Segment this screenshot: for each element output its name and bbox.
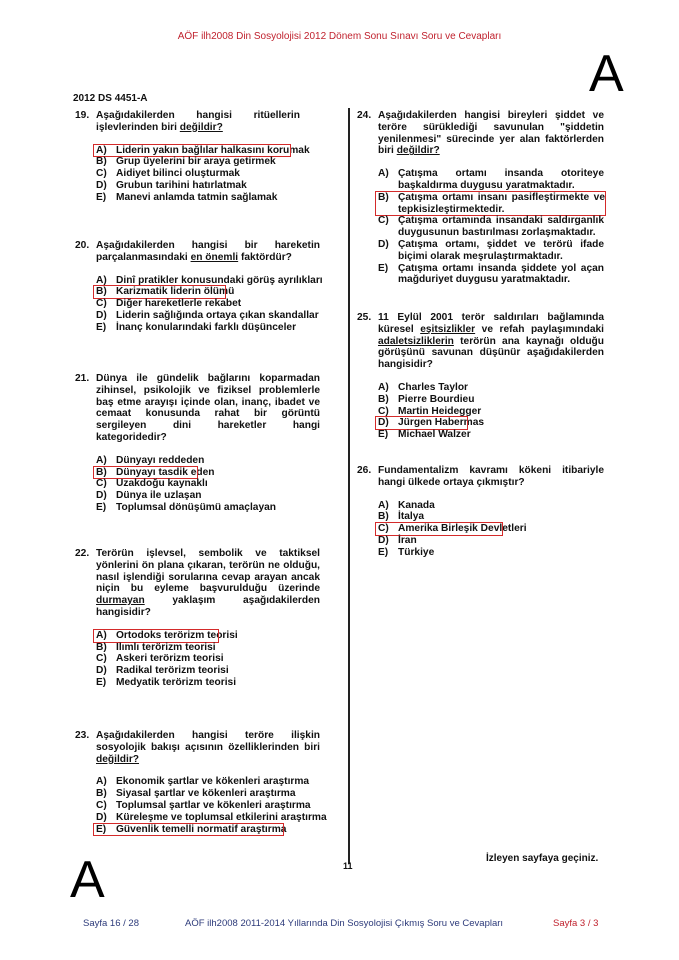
option-text: Dünyayı reddeden <box>116 455 204 466</box>
option[interactable]: D)Küreleşme ve toplumsal etkilerini araş… <box>96 812 320 824</box>
option-letter: B) <box>96 642 116 654</box>
question-stem: Aşağıdakilerden hangisi bireyleri şiddet… <box>378 110 604 157</box>
footer-center-title: AÖF ilh2008 2011-2014 Yıllarında Din Sos… <box>185 918 503 929</box>
option[interactable]: C)Toplumsal şartlar ve kökenleri araştır… <box>96 800 320 812</box>
option-letter: A) <box>96 275 116 287</box>
question-25: 25.11 Eylül 2001 terör saldırıları bağla… <box>357 312 604 441</box>
emphasized-text: durmayan <box>96 595 145 606</box>
option-letter: B) <box>378 511 398 523</box>
option-letter: D) <box>378 535 398 547</box>
question-24: 24.Aşağıdakilerden hangisi bireyleri şid… <box>357 110 604 286</box>
option[interactable]: C)Aidiyet bilinci oluşturmak <box>96 168 300 180</box>
option-text: Michael Walzer <box>398 429 471 440</box>
option-letter: C) <box>378 406 398 418</box>
option-marked-answer[interactable]: B)Çatışma ortamı insanı pasifleştirmekte… <box>376 192 605 216</box>
option-text: Charles Taylor <box>398 382 468 393</box>
option-text: Medyatik terörizm teorisi <box>116 677 236 688</box>
option-marked-answer[interactable]: C)Amerika Birleşik Devletleri <box>376 523 502 535</box>
option-letter: C) <box>96 800 116 812</box>
option-letter: B) <box>96 286 116 298</box>
option[interactable]: E)Çatışma ortamı insanda şiddete yol aça… <box>378 263 604 287</box>
option-text: Toplumsal şartlar ve kökenleri araştırma <box>116 800 311 811</box>
question-stem: 11 Eylül 2001 terör saldırıları bağlamın… <box>378 312 604 371</box>
exam-code: 2012 DS 4451-A <box>73 93 148 104</box>
option[interactable]: E)Michael Walzer <box>378 429 604 441</box>
option-text: Martin Heidegger <box>398 406 481 417</box>
column-divider <box>348 108 350 864</box>
option[interactable]: E)İnanç konularındaki farklı düşünceler <box>96 322 320 334</box>
option-text: Dinî pratikler konusundaki görüş ayrılık… <box>116 275 323 286</box>
question-stem: Aşağıdakilerden hangisi bir hareketin pa… <box>96 240 320 264</box>
option[interactable]: E)Medyatik terörizm teorisi <box>96 677 320 689</box>
option-text: İtalya <box>398 511 424 522</box>
option-letter: E) <box>378 547 398 559</box>
options-list: A)Dinî pratikler konusundaki görüş ayrıl… <box>96 275 320 334</box>
question-19: 19.Aşağıdakilerden hangisi ritüellerin i… <box>75 110 300 204</box>
option-letter: E) <box>96 192 116 204</box>
option-marked-answer[interactable]: B)Karizmatik liderin ölümü <box>94 286 225 298</box>
stem-text: Fundamentalizm kavramı kökeni itibariyle… <box>378 465 604 488</box>
option-text: Çatışma ortamı insanda otoriteye başkald… <box>398 168 604 192</box>
option-text: Uzakdoğu kaynaklı <box>116 478 208 489</box>
option-text: Grup üyelerini bir araya getirmek <box>116 156 276 167</box>
footer-page-right: Sayfa 3 / 3 <box>553 918 598 929</box>
option-marked-answer[interactable]: E)Güvenlik temelli normatif araştırma <box>94 824 283 836</box>
question-number: 20. <box>75 240 89 252</box>
page-number: 11 <box>343 861 353 871</box>
option-letter: B) <box>378 394 398 406</box>
option[interactable]: D)Dünya ile uzlaşan <box>96 490 320 502</box>
emphasized-text: değildir? <box>180 122 223 133</box>
option-letter: B) <box>96 156 116 168</box>
option-text: Liderin yakın bağlılar halkasını korumak <box>116 145 310 156</box>
booklet-letter-top: A <box>589 48 624 100</box>
option[interactable]: B)Ilımlı terörizm teorisi <box>96 642 320 654</box>
question-number: 26. <box>357 465 371 477</box>
option[interactable]: E)Toplumsal dönüşümü amaçlayan <box>96 502 320 514</box>
option-text: Grubun tarihini hatırlatmak <box>116 180 247 191</box>
option[interactable]: D)Çatışma ortamı, şiddet ve terörü ifade… <box>378 239 604 263</box>
question-22: 22.Terörün işlevsel, sembolik ve taktiks… <box>75 548 320 689</box>
emphasized-text: adaletsizliklerin <box>378 336 454 347</box>
option-letter: C) <box>96 298 116 310</box>
option[interactable]: D)Grubun tarihini hatırlatmak <box>96 180 300 192</box>
stem-text: faktördür? <box>238 252 292 263</box>
option-text: İran <box>398 535 417 546</box>
option-text: Karizmatik liderin ölümü <box>116 286 234 297</box>
option-text: Siyasal şartlar ve kökenleri araştırma <box>116 788 296 799</box>
option-text: Dünya ile uzlaşan <box>116 490 202 501</box>
option-text: Kanada <box>398 500 435 511</box>
option[interactable]: C)Çatışma ortamında insandaki saldırganl… <box>378 215 604 239</box>
option-text: Küreleşme ve toplumsal etkilerini araştı… <box>116 812 327 823</box>
option[interactable]: D)Liderin sağlığında ortaya çıkan skanda… <box>96 310 320 322</box>
option[interactable]: B)Grup üyelerini bir araya getirmek <box>96 156 300 168</box>
option-letter: A) <box>378 500 398 512</box>
question-stem: Dünya ile gündelik bağlarını koparmadan … <box>96 373 320 444</box>
question-stem: Aşağıdakilerden hangisi teröre ilişkin s… <box>96 730 320 765</box>
option-letter: E) <box>378 263 398 275</box>
option-marked-answer[interactable]: A)Liderin yakın bağlılar halkasını korum… <box>94 145 290 157</box>
emphasized-text: değildir? <box>96 754 139 765</box>
option-letter: D) <box>378 239 398 251</box>
option-text: Amerika Birleşik Devletleri <box>398 523 527 534</box>
stem-text: ve refah paylaşımındaki <box>475 324 604 335</box>
option-letter: C) <box>378 523 398 535</box>
question-number: 22. <box>75 548 89 560</box>
option-letter: A) <box>96 630 116 642</box>
emphasized-text: eşitsizlikler <box>420 324 475 335</box>
option[interactable]: A)Dinî pratikler konusundaki görüş ayrıl… <box>96 275 320 287</box>
next-page-note: İzleyen sayfaya geçiniz. <box>486 853 598 864</box>
question-stem: Aşağıdakilerden hangisi ritüellerin işle… <box>96 110 300 134</box>
question-20: 20.Aşağıdakilerden hangisi bir hareketin… <box>75 240 320 334</box>
option-letter: D) <box>96 665 116 677</box>
option-letter: B) <box>96 467 116 479</box>
option[interactable]: C)Askeri terörizm teorisi <box>96 653 320 665</box>
question-number: 24. <box>357 110 371 122</box>
option-letter: D) <box>96 812 116 824</box>
option-letter: E) <box>378 429 398 441</box>
option-text: Aidiyet bilinci oluşturmak <box>116 168 240 179</box>
option-letter: D) <box>96 490 116 502</box>
option[interactable]: A)Dünyayı reddeden <box>96 455 320 467</box>
question-number: 21. <box>75 373 89 385</box>
booklet-letter-bottom: A <box>70 854 105 906</box>
option-text: Manevi anlamda tatmin sağlamak <box>116 192 277 203</box>
option-text: Türkiye <box>398 547 434 558</box>
option-text: Pierre Bourdieu <box>398 394 474 405</box>
option-letter: B) <box>96 788 116 800</box>
option-letter: B) <box>378 192 398 204</box>
question-number: 23. <box>75 730 89 742</box>
options-list: A)Dünyayı reddedenB)Dünyayı tasdik edenC… <box>96 455 320 514</box>
question-23: 23.Aşağıdakilerden hangisi teröre ilişki… <box>75 730 320 835</box>
footer-page-left: Sayfa 16 / 28 <box>83 918 139 929</box>
stem-text: Aşağıdakilerden hangisi teröre ilişkin s… <box>96 730 320 753</box>
option-letter: D) <box>96 180 116 192</box>
option[interactable]: A)Kanada <box>378 500 604 512</box>
question-number: 25. <box>357 312 371 324</box>
emphasized-text: en önemli <box>191 252 239 263</box>
option-letter: A) <box>96 776 116 788</box>
option-marked-answer[interactable]: A)Ortodoks terörizm teorisi <box>94 630 218 642</box>
document-title: AÖF ilh2008 Din Sosyolojisi 2012 Dönem S… <box>0 31 679 42</box>
options-list: A)Charles TaylorB)Pierre BourdieuC)Marti… <box>378 382 604 441</box>
question-stem: Fundamentalizm kavramı kökeni itibariyle… <box>378 465 604 489</box>
option-letter: A) <box>96 145 116 157</box>
option-text: İnanç konularındaki farklı düşünceler <box>116 322 296 333</box>
option[interactable]: B)Pierre Bourdieu <box>378 394 604 406</box>
option-letter: A) <box>378 168 398 180</box>
question-number: 19. <box>75 110 89 122</box>
option-text: Jürgen Habermas <box>398 417 484 428</box>
stem-text: Terörün işlevsel, sembolik ve taktiksel … <box>96 548 320 594</box>
option[interactable]: D)İran <box>378 535 604 547</box>
stem-text: Dünya ile gündelik bağlarını koparmadan … <box>96 373 320 443</box>
question-stem: Terörün işlevsel, sembolik ve taktiksel … <box>96 548 320 619</box>
options-list: A)Çatışma ortamı insanda otoriteye başka… <box>378 168 604 286</box>
option[interactable]: C)Martin Heidegger <box>378 406 604 418</box>
option-letter: E) <box>96 502 116 514</box>
option[interactable]: C)Diğer hareketlerle rekabet <box>96 298 320 310</box>
option-letter: A) <box>378 382 398 394</box>
option-text: Radikal terörizm teorisi <box>116 665 229 676</box>
option-text: Ortodoks terörizm teorisi <box>116 630 238 641</box>
option[interactable]: A)Ekonomik şartlar ve kökenleri araştırm… <box>96 776 320 788</box>
option-text: Çatışma ortamı, şiddet ve terörü ifade b… <box>398 239 604 263</box>
option-text: Dünyayı tasdik eden <box>116 467 215 478</box>
options-list: A)Liderin yakın bağlılar halkasını korum… <box>96 145 300 204</box>
option-letter: E) <box>96 677 116 689</box>
option[interactable]: A)Çatışma ortamı insanda otoriteye başka… <box>378 168 604 192</box>
option-text: Liderin sağlığında ortaya çıkan skandall… <box>116 310 319 321</box>
option-letter: C) <box>96 653 116 665</box>
option-letter: C) <box>96 168 116 180</box>
option-letter: D) <box>378 417 398 429</box>
option-text: Ekonomik şartlar ve kökenleri araştırma <box>116 776 309 787</box>
option-marked-answer[interactable]: D)Jürgen Habermas <box>376 417 467 429</box>
option[interactable]: E)Manevi anlamda tatmin sağlamak <box>96 192 300 204</box>
option-text: Çatışma ortamı insanda şiddete yol açan … <box>398 263 604 287</box>
option-letter: E) <box>96 824 116 836</box>
question-21: 21.Dünya ile gündelik bağlarını koparmad… <box>75 373 320 514</box>
emphasized-text: değildir? <box>397 145 440 156</box>
option-letter: D) <box>96 310 116 322</box>
question-26: 26.Fundamentalizm kavramı kökeni itibari… <box>357 465 604 559</box>
option[interactable]: C)Uzakdoğu kaynaklı <box>96 478 320 490</box>
option[interactable]: D)Radikal terörizm teorisi <box>96 665 320 677</box>
option-text: Güvenlik temelli normatif araştırma <box>116 824 286 835</box>
option[interactable]: E)Türkiye <box>378 547 604 559</box>
option[interactable]: B)İtalya <box>378 511 604 523</box>
option-text: Çatışma ortamı insanı pasifleştirmekte v… <box>398 192 605 216</box>
option-letter: A) <box>96 455 116 467</box>
option-text: Diğer hareketlerle rekabet <box>116 298 241 309</box>
options-list: A)Ekonomik şartlar ve kökenleri araştırm… <box>96 776 320 835</box>
option-text: Çatışma ortamında insandaki saldırganlık… <box>398 215 604 239</box>
option[interactable]: A)Charles Taylor <box>378 382 604 394</box>
option-letter: C) <box>378 215 398 227</box>
option[interactable]: B)Siyasal şartlar ve kökenleri araştırma <box>96 788 320 800</box>
options-list: A)Ortodoks terörizm teorisiB)Ilımlı terö… <box>96 630 320 689</box>
option-text: Ilımlı terörizm teorisi <box>116 642 216 653</box>
option-letter: E) <box>96 322 116 334</box>
option-text: Toplumsal dönüşümü amaçlayan <box>116 502 276 513</box>
option-marked-answer[interactable]: B)Dünyayı tasdik eden <box>94 467 197 479</box>
option-letter: C) <box>96 478 116 490</box>
option-text: Askeri terörizm teorisi <box>116 653 224 664</box>
options-list: A)KanadaB)İtalyaC)Amerika Birleşik Devle… <box>378 500 604 559</box>
